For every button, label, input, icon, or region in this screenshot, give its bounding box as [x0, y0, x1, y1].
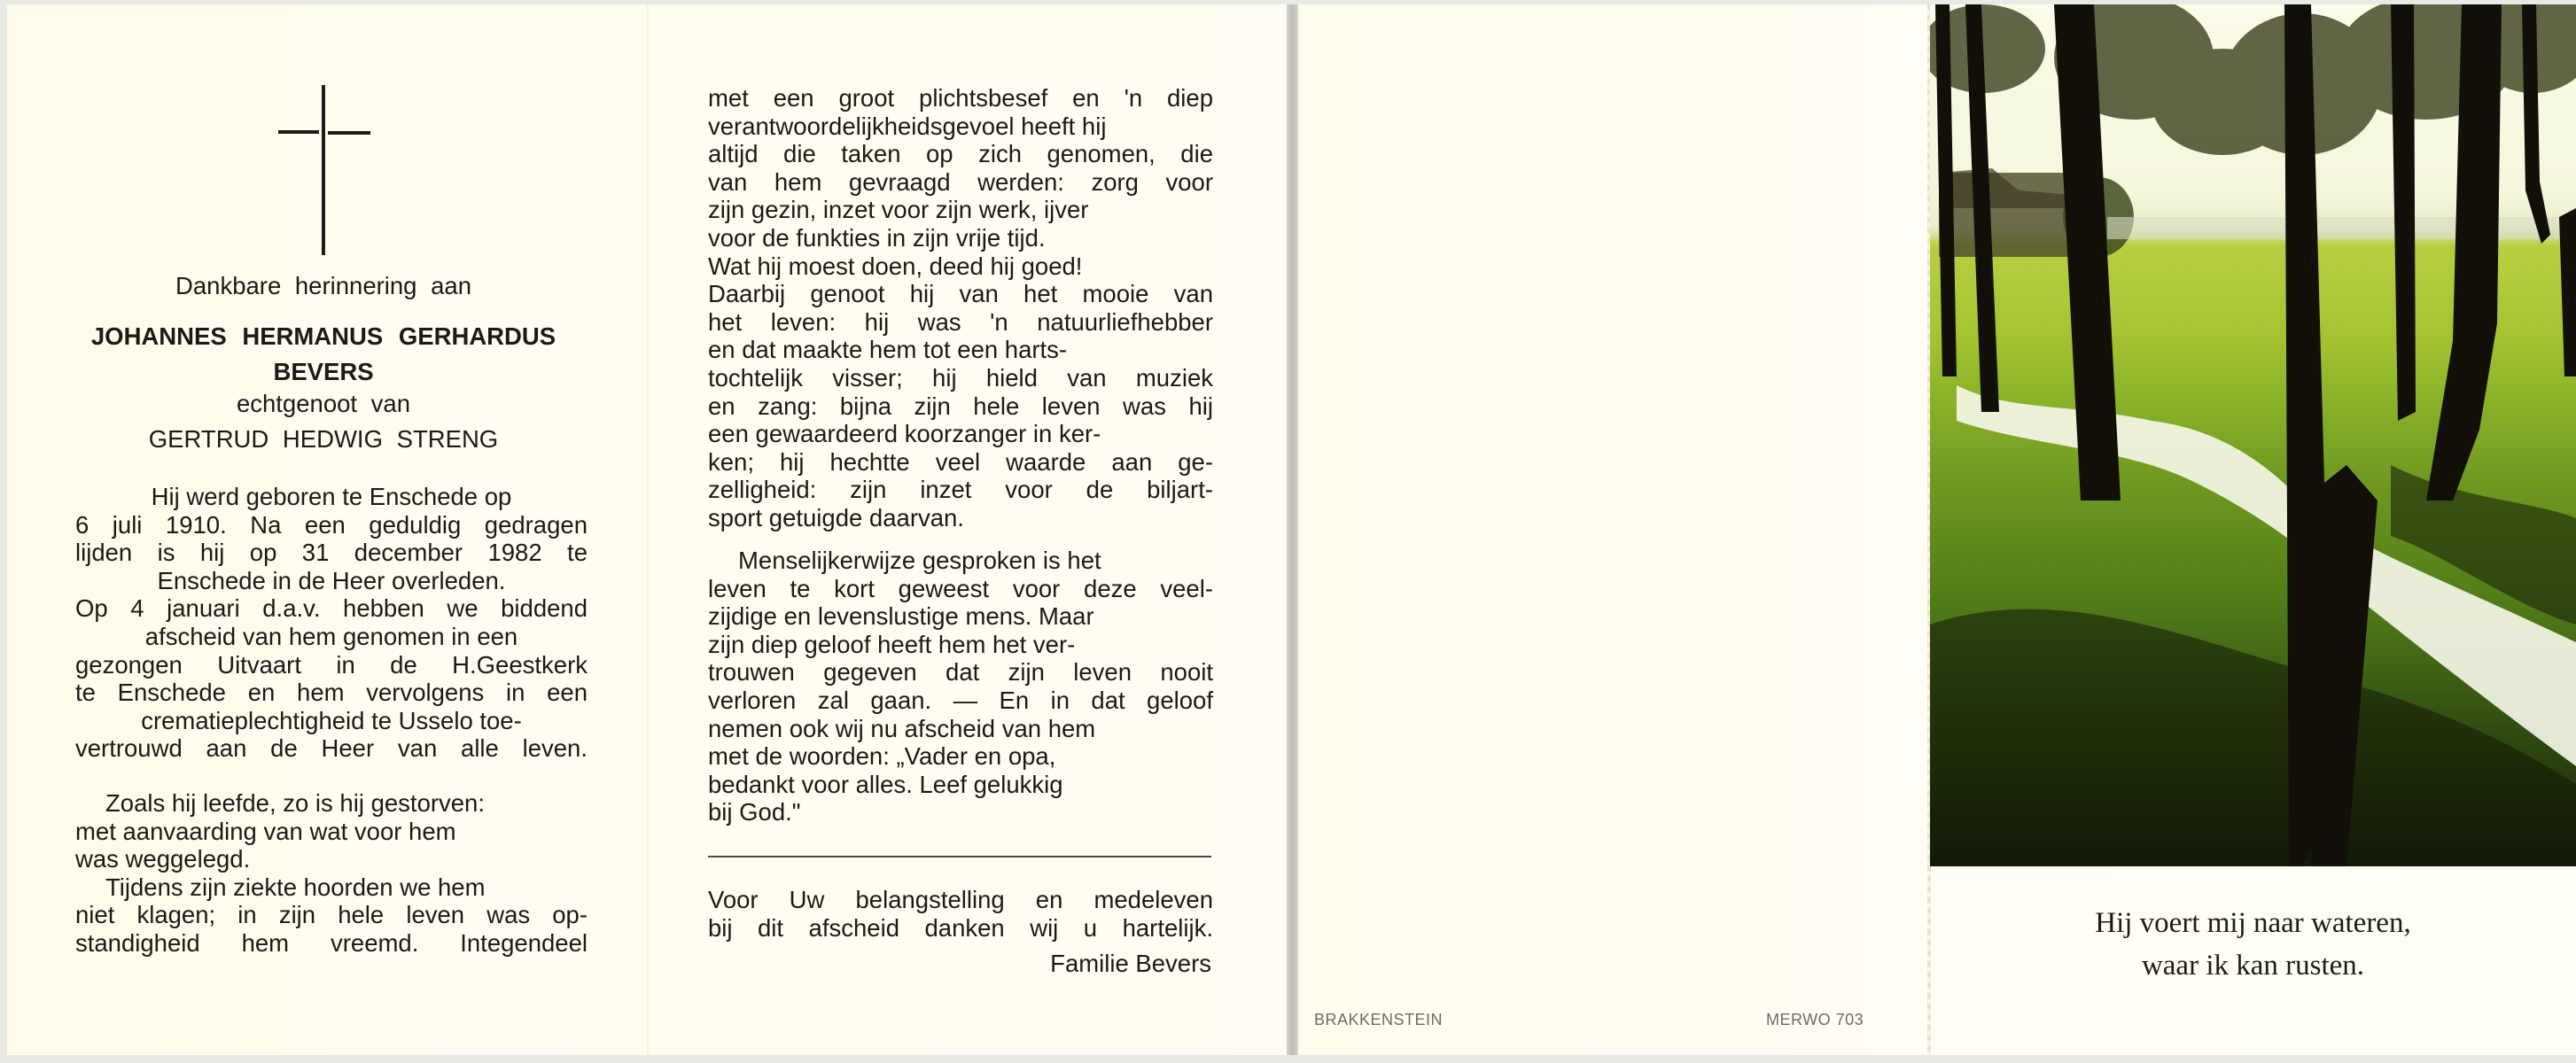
text-line: zijn diep geloof heeft hem het ver-: [708, 631, 1213, 659]
trees-stream-image: [1930, 4, 2576, 866]
text-line: verloren zal gaan. — En in dat geloof: [708, 687, 1213, 715]
text-line: standigheid hem vreemd. Integendeel: [75, 929, 588, 958]
text-line: Hij werd geboren te Enschede op: [75, 483, 588, 511]
biography-paragraph-4: Menselijkerwijze gesproken is hetleven t…: [708, 547, 1213, 826]
print-code-label: MERWO 703: [1766, 1011, 1864, 1029]
text-line: crematieplechtigheid te Usselo toe-: [75, 707, 588, 735]
fold-line: [647, 4, 649, 1055]
text-line: ken; hij hechtte veel waarde aan ge-: [708, 448, 1213, 477]
text-line: 6 juli 1910. Na een geduldig gedragen: [75, 511, 588, 539]
text-line: Enschede in de Heer overleden.: [75, 567, 588, 595]
text-line: zijn gezin, inzet voor zijn werk, ijver: [708, 196, 1213, 224]
text-line: lijden is hij op 31 december 1982 te: [75, 539, 588, 567]
text-line: gezongen Uitvaart in de H.Geestkerk: [75, 651, 588, 679]
text-line: Wat hij moest doen, deed hij goed!: [708, 252, 1213, 281]
deceased-name-line: BEVERS: [0, 354, 647, 390]
text-line: niet klagen; in zijn hele leven was op-: [75, 901, 588, 929]
text-line: met aanvaarding van wat voor hem: [75, 818, 588, 846]
text-line: bij God.": [708, 798, 1213, 826]
thanks-message: Voor Uw belangstelling en medelevenbij d…: [708, 886, 1213, 942]
text-line: Tijdens zijn ziekte hoorden we hem: [75, 873, 588, 902]
card-gap: [1287, 4, 1298, 1055]
text-line: tochtelijk visser; hij hield van muziek: [708, 364, 1213, 392]
text-line: met een groot plichtsbesef en 'n diep: [708, 84, 1213, 113]
verse-line: Hij voert mij naar wateren,: [1930, 902, 2576, 944]
bible-verse: Hij voert mij naar wateren, waar ik kan …: [1930, 902, 2576, 987]
text-line: afscheid van hem genomen in een: [75, 623, 588, 651]
text-line: en zang: bijna zijn hele leven was hij: [708, 392, 1213, 421]
biography-paragraph-1: Hij werd geboren te Enschede op6 juli 19…: [75, 483, 588, 763]
text-line: zijdige en levenslustige mens. Maar: [708, 602, 1213, 631]
text-line: met de woorden: „Vader en opa,: [708, 742, 1213, 771]
text-line: en dat maakte hem tot een harts-: [708, 336, 1213, 364]
text-line: een gewaardeerd koorzanger in ker-: [708, 420, 1213, 448]
family-signature: Familie Bevers: [708, 950, 1211, 978]
text-line: het leven: hij was 'n natuurliefhebber: [708, 308, 1213, 337]
heading-intro: Dankbare herinnering aan: [0, 272, 647, 300]
text-line: Daarbij genoot hij van het mooie van: [708, 280, 1213, 308]
deceased-name-line: JOHANNES HERMANUS GERHARDUS: [0, 319, 647, 354]
text-line: altijd die taken op zich genomen, die: [708, 140, 1213, 168]
text-line: bij dit afscheid danken wij u hartelijk.: [708, 914, 1213, 943]
text-line: trouwen gegeven dat zijn leven nooit: [708, 658, 1213, 687]
spouse-name: GERTRUD HEDWIG STRENG: [0, 425, 647, 454]
text-line: nemen ook wij nu afscheid van hem: [708, 715, 1213, 743]
text-line: Zoals hij leefde, zo is hij gestorven:: [75, 789, 588, 818]
text-line: vertrouwd aan de Heer van alle leven.: [75, 734, 588, 763]
text-line: leven te kort geweest voor deze veel-: [708, 575, 1213, 603]
text-line: Voor Uw belangstelling en medeleven: [708, 886, 1213, 914]
verse-line: waar ik kan rusten.: [1930, 944, 2576, 987]
text-line: verantwoordelijkheidsgevoel heeft hij: [708, 113, 1213, 141]
text-line: bedankt voor alles. Leef gelukkig: [708, 771, 1213, 799]
deceased-name: JOHANNES HERMANUS GERHARDUS BEVERS: [0, 319, 647, 390]
cross-icon: [278, 85, 370, 255]
text-line: voor de funkties in zijn vrije tijd.: [708, 224, 1213, 252]
biography-paragraph-3: met een groot plichtsbesef en 'n diepver…: [708, 84, 1213, 532]
landscape-photo: [1930, 4, 2576, 866]
divider: [708, 856, 1211, 857]
text-line: zelligheid: zijn inzet voor de biljart-: [708, 476, 1213, 504]
spouse-label: echtgenoot van: [0, 390, 647, 418]
publisher-label: BRAKKENSTEIN: [1314, 1011, 1443, 1029]
text-line: Menselijkerwijze gesproken is het: [708, 547, 1213, 575]
text-line: was weggelegd.: [75, 845, 588, 873]
text-line: te Enschede en hem vervolgens in een: [75, 679, 588, 707]
text-line: van hem gevraagd werden: zorg voor: [708, 168, 1213, 197]
text-line: Op 4 januari d.a.v. hebben we biddend: [75, 594, 588, 623]
text-line: sport getuigde daarvan.: [708, 504, 1213, 532]
biography-paragraph-2: Zoals hij leefde, zo is hij gestorven:me…: [75, 789, 588, 958]
